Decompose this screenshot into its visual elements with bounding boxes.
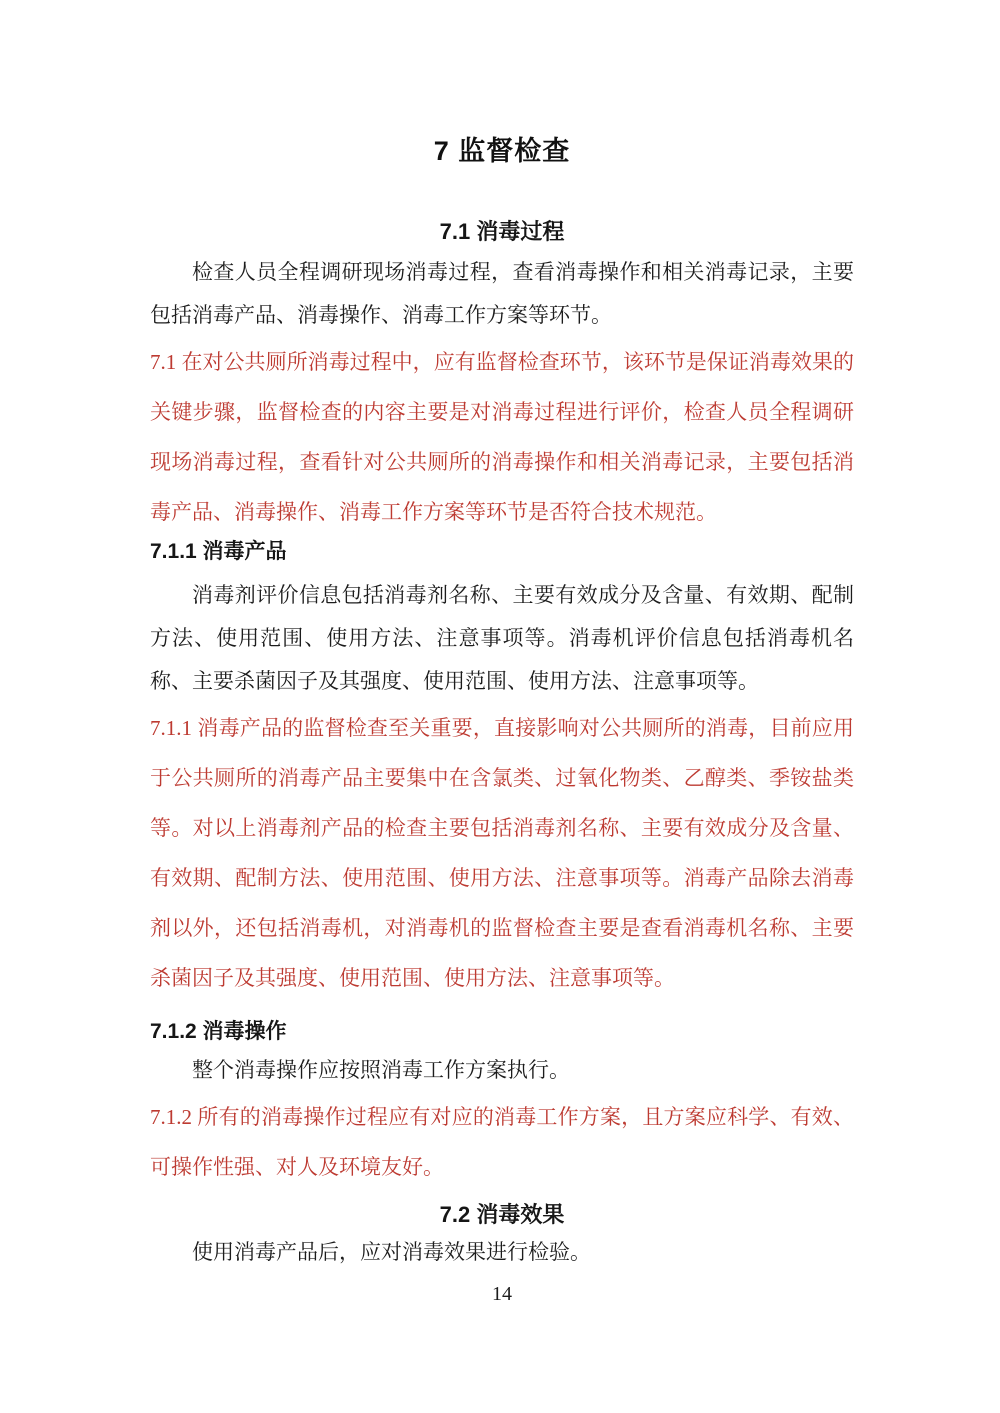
section-heading-7-1-1: 7.1.1 消毒产品	[150, 537, 854, 567]
paragraph-disinfection-process: 检查人员全程调研现场消毒过程，查看消毒操作和相关消毒记录，主要包括消毒产品、消毒…	[150, 251, 854, 337]
page-number: 14	[150, 1280, 854, 1308]
section-heading-7-2: 7.2 消毒效果	[150, 1200, 854, 1230]
page-content: 7 监督检查 7.1 消毒过程 检查人员全程调研现场消毒过程，查看消毒操作和相关…	[150, 0, 854, 1308]
annotation-7-1-2: 7.1.2 所有的消毒操作过程应有对应的消毒工作方案，且方案应科学、有效、可操作…	[150, 1092, 854, 1192]
annotation-7-1-1: 7.1.1 消毒产品的监督检查至关重要，直接影响对公共厕所的消毒，目前应用于公共…	[150, 703, 854, 1003]
document-page: 7 监督检查 7.1 消毒过程 检查人员全程调研现场消毒过程，查看消毒操作和相关…	[0, 0, 1000, 1413]
paragraph-disinfection-operation: 整个消毒操作应按照消毒工作方案执行。	[150, 1049, 854, 1092]
section-heading-7-1-2: 7.1.2 消毒操作	[150, 1017, 854, 1047]
paragraph-disinfection-effect: 使用消毒产品后，应对消毒效果进行检验。	[150, 1231, 854, 1274]
annotation-7-1: 7.1 在对公共厕所消毒过程中，应有监督检查环节，该环节是保证消毒效果的关键步骤…	[150, 337, 854, 537]
chapter-title: 7 监督检查	[150, 133, 854, 169]
paragraph-disinfection-products: 消毒剂评价信息包括消毒剂名称、主要有效成分及含量、有效期、配制方法、使用范围、使…	[150, 574, 854, 703]
section-heading-7-1: 7.1 消毒过程	[150, 217, 854, 247]
